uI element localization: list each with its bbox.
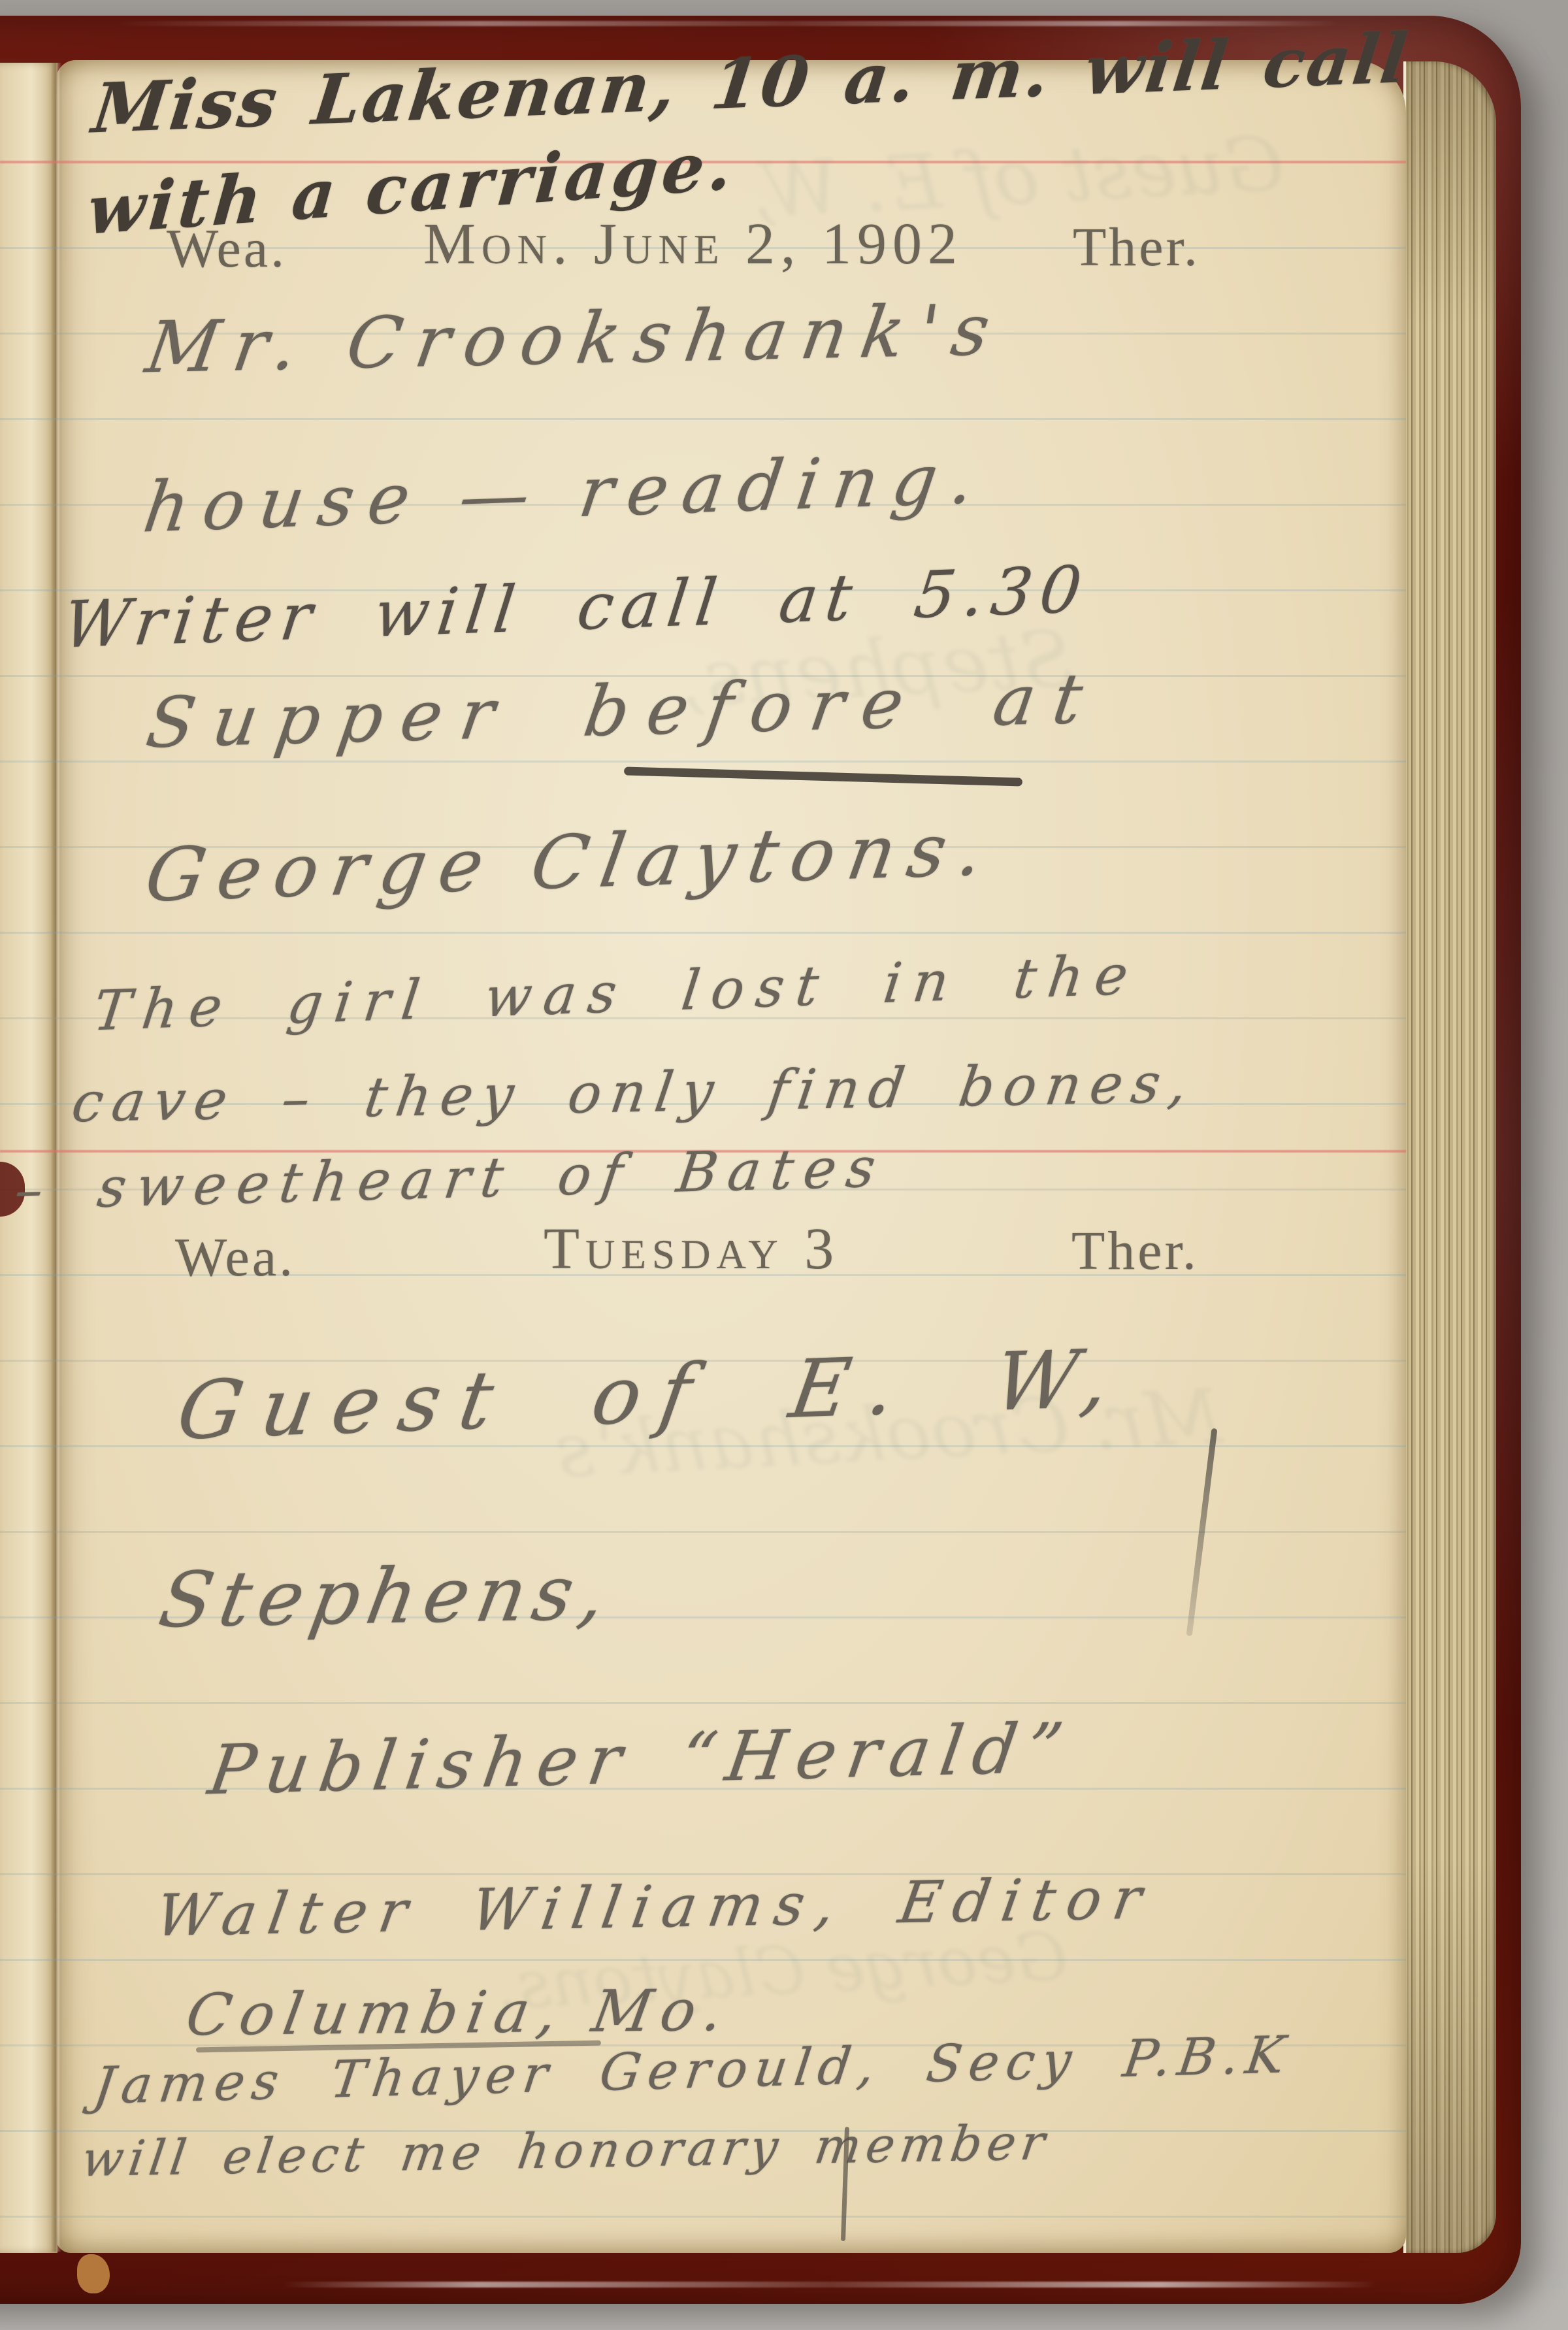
- header-date-tuesday: Tuesday 3: [544, 1215, 840, 1283]
- header-thermometer-label-tuesday: Ther.: [1071, 1219, 1199, 1283]
- header-weather-label-tuesday: Wea.: [175, 1226, 295, 1289]
- header-thermometer-label-monday: Ther.: [1073, 216, 1200, 279]
- cover-highlight-bottom: [281, 2282, 1379, 2288]
- cover-highlight-top: [111, 21, 1339, 26]
- leather-wear-spot: [77, 2254, 110, 2293]
- diary-photo: Guest of E. W, Stephens, Mr. Crookshank'…: [0, 0, 1568, 2330]
- page-edge-stack: [1403, 61, 1496, 2253]
- handwriting-line: Columbia, Mo.: [182, 1977, 737, 2048]
- handwriting-line: Stephens,: [153, 1549, 620, 1645]
